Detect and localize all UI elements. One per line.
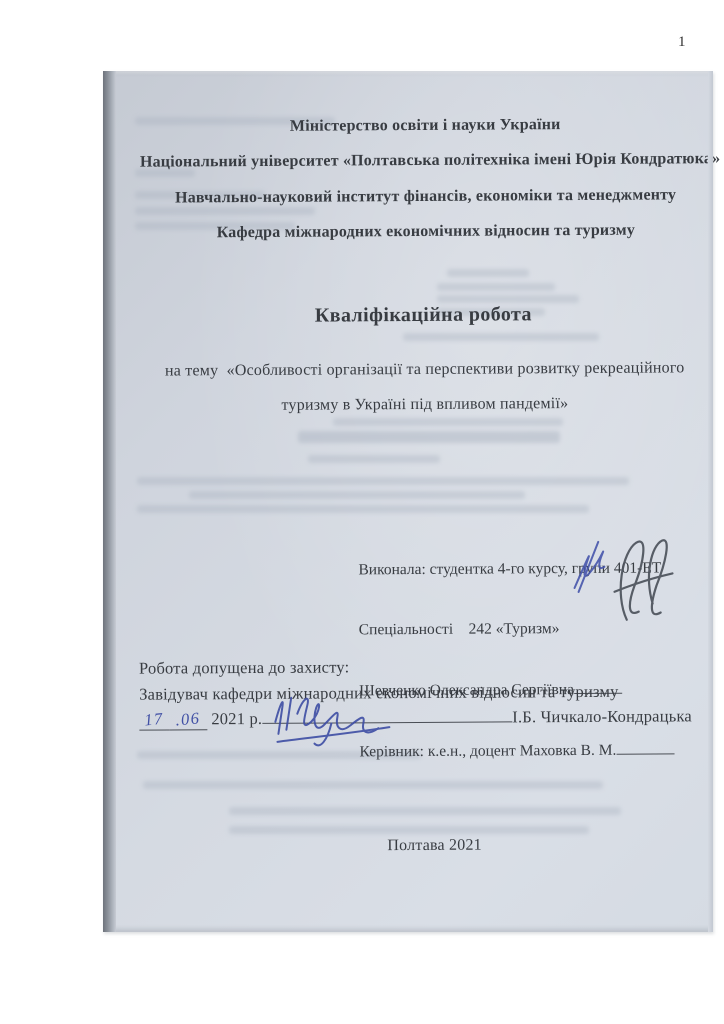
- date-month-slot: .06: [169, 709, 207, 730]
- city-year-line: Полтава 2021: [118, 835, 715, 857]
- university-line: Національний університет «Полтавська пол…: [114, 150, 711, 172]
- ministry-line: Міністерство освіти і науки України: [114, 115, 711, 137]
- supervisor-signature-line: [616, 739, 674, 754]
- department-line: Кафедра міжнародних економічних відносин…: [114, 221, 711, 243]
- page-number: 1: [678, 34, 686, 51]
- supervisor-line: Керівник: к.е.н., доцент Маховка В. М.: [359, 739, 674, 762]
- admitted-line: Робота допущена до захисту:: [139, 657, 349, 678]
- institute-line: Навчально-науковий інститут фінансів, ек…: [114, 186, 711, 208]
- paper-left-edge: [103, 71, 116, 932]
- speciality-line: Спеціальності 242 «Туризм»: [359, 618, 674, 640]
- date-day-slot: 17: [139, 710, 169, 731]
- handwritten-day: 17: [144, 709, 165, 731]
- handwritten-month: .06: [175, 708, 202, 730]
- scanned-paper-sheet: Міністерство освіти і науки України Наці…: [103, 71, 713, 932]
- typed-content: Міністерство освіти і науки України Наці…: [113, 69, 715, 934]
- date-year: 2021 р.: [211, 709, 262, 729]
- scanned-document-page: { "page": { "number": "1" }, "document":…: [0, 0, 724, 1024]
- work-title: Кваліфікаційна робота: [115, 302, 712, 329]
- performed-by-line: Виконала: студентка 4-го курсу, групи 40…: [358, 558, 673, 580]
- date-signature-line: 17 .06 2021 р. І.Б. Чичкало-Кондрацька: [139, 706, 692, 730]
- author-block: Виконала: студентка 4-го курсу, групи 40…: [358, 518, 675, 802]
- topic-line-2: туризму в Україні під впливом пандемії»: [115, 394, 712, 416]
- approver-signature-line: [262, 707, 512, 724]
- paper-right-edge: [708, 71, 713, 932]
- topic-line-1: на тему «Особливості організації та перс…: [115, 359, 712, 381]
- approver-name: І.Б. Чичкало-Кондрацька: [512, 706, 692, 727]
- head-of-department-line: Завідувач кафедри міжнародних економічни…: [139, 682, 619, 705]
